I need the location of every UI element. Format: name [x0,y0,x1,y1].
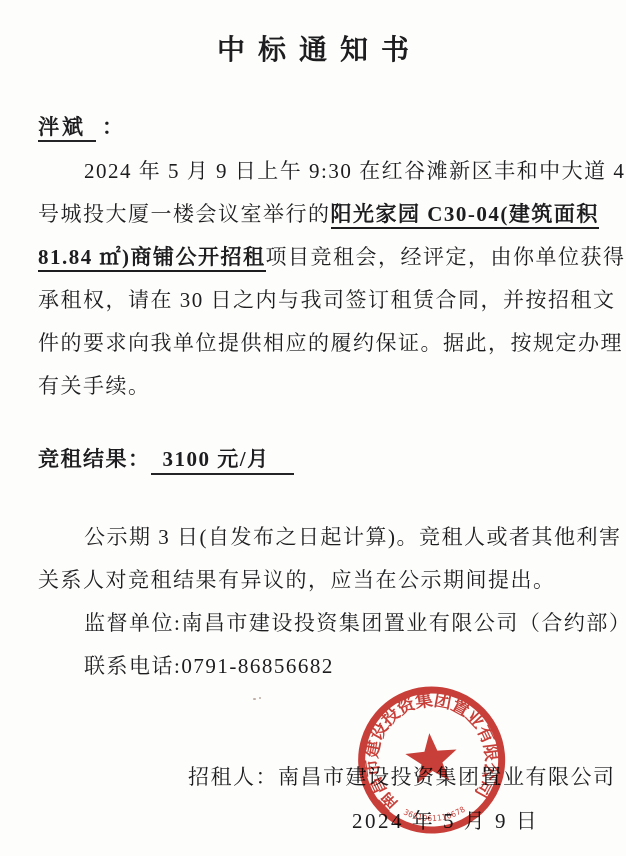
text-line: 件的要求向我单位提供相应的履约保证。据此，按规定办理 [38,322,596,365]
body-text: 联系电话:0791-86856682 [84,654,334,678]
lessor-line: 招租人：南昌市建设投资集团置业有限公司 [188,762,616,792]
document-page: 中标通知书 泮斌： 2024 年 5 月 9 日上午 9:30 在红谷滩新区丰和… [0,0,626,856]
text-line: 号城投大厦一楼会议室举行的阳光家园 C30-04(建筑面积 [38,193,596,236]
body-paragraph: 2024 年 5 月 9 日上午 9:30 在红谷滩新区丰和中大道 456号城投… [38,150,596,408]
body-text: 公示期 3 日(自发布之日起计算)。竞租人或者其他利害 [84,525,621,549]
body-text: 号城投大厦一楼会议室举行的 [38,202,331,226]
text-line: 关系人对竞租结果有异议的，应当在公示期间提出。 [38,559,596,602]
addressee-name: 泮斌 [38,115,96,142]
seal-ring-label: 南昌市建设投资集团置业有限公司 [355,684,506,817]
lessor-name: 南昌市建设投资集团置业有限公司 [278,765,616,789]
document-title: 中标通知书 [0,28,626,68]
salutation-line: 泮斌： [38,112,123,142]
text-line: 联系电话:0791-86856682 [38,645,596,688]
text-line: 2024 年 5 月 9 日上午 9:30 在红谷滩新区丰和中大道 456 [38,150,596,193]
text-line: 有关手续。 [38,365,596,408]
lessor-label: 招租人： [188,765,278,789]
rent-result-value: 3100 元/月 [151,447,294,475]
emphasized-text: 阳光家园 C30-04(建筑面积 [331,202,599,229]
emphasized-text: 81.84 ㎡)商铺公开招租 [38,245,266,272]
text-line: 81.84 ㎡)商铺公开招租项目竞租会，经评定，由你单位获得 [38,236,596,279]
text-line: 监督单位:南昌市建设投资集团置业有限公司（合约部） [38,602,596,645]
scan-noise-speck [259,697,261,699]
body-text: 承租权，请在 30 日之内与我司签订租赁合同，并按招租文 [38,288,616,312]
salutation-colon: ： [102,115,123,139]
body-text: 有关手续。 [38,374,151,398]
body-text: 关系人对竞租结果有异议的，应当在公示期间提出。 [38,568,556,592]
date-line: 2024 年 5 月 9 日 [352,806,539,836]
rent-result-line: 竞租结果：3100 元/月 [38,438,294,481]
text-line: 公示期 3 日(自发布之日起计算)。竞租人或者其他利害 [38,516,596,559]
rent-result-label: 竞租结果： [38,447,151,471]
body-text: 项目竞租会，经评定，由你单位获得 [266,245,626,269]
text-line: 承租权，请在 30 日之内与我司签订租赁合同，并按招租文 [38,279,596,322]
scan-noise-speck [253,698,256,700]
body-text: 监督单位:南昌市建设投资集团置业有限公司（合约部） [84,611,626,635]
body-text: 件的要求向我单位提供相应的履约保证。据此，按规定办理 [38,331,623,355]
notice-paragraph: 公示期 3 日(自发布之日起计算)。竞租人或者其他利害关系人对竞租结果有异议的，… [38,516,596,688]
body-text: 2024 年 5 月 9 日上午 9:30 在红谷滩新区丰和中大道 456 [84,159,626,183]
